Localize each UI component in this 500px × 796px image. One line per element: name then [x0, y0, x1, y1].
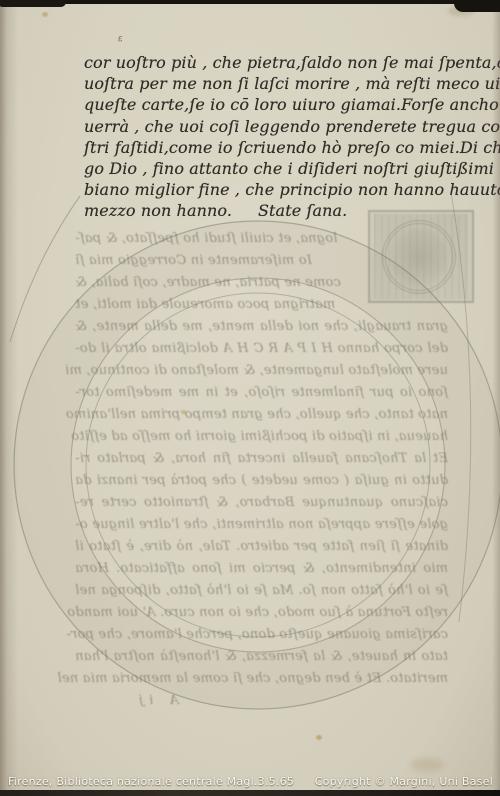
text-line: ſtri faſtidi,come io ſcriuendo hò preſo …	[84, 137, 448, 158]
annotation-mark: ɛ	[117, 34, 123, 45]
bleedthrough-line: dutto in guiſa ( come uedete ) che potrà…	[75, 470, 448, 492]
scan-top-right-corner	[454, 0, 500, 12]
bleedthrough-line: uere moleſtato lungamente, & moleſtano d…	[75, 360, 448, 382]
text-line: mezzo non hanno. State ſana.	[84, 200, 448, 221]
scan-top-left-corner	[0, 0, 66, 7]
page-right-edge-shadow	[492, 0, 500, 796]
bleedthrough-signature-mark: A ij	[75, 690, 448, 712]
scan-bottom-border	[0, 790, 500, 796]
paper-stain	[410, 758, 444, 772]
bleedthrough-line: ſono io pur finalmente riſoſo, et in me …	[75, 382, 448, 404]
bleedthrough-line: dinate ſi ſien fatte per adietro. Tale, …	[75, 536, 448, 558]
copyright-label: Copyright © Margini, Uni Basel	[315, 775, 493, 788]
text-line: cor uoſtro più , che pietra,ſaldo non ſe…	[84, 52, 448, 73]
text-line: uerrà , che uoi coſi leggendo prenderete…	[84, 116, 448, 137]
bleedthrough-line: gran trauagli, che noi della mente, me d…	[75, 316, 448, 338]
bleedthrough-line: haueua, in iſpatio di pochißimi giorni h…	[75, 426, 448, 448]
page-left-edge-shadow	[0, 0, 18, 796]
bleedthrough-line: ſe io l'hò fatto non ſo. Ma ſe io l'hò f…	[75, 580, 448, 602]
bleedthrough-line: ciaſcuno quantunque Barbaro, & ſtraniott…	[75, 492, 448, 514]
bleedthrough-line: cariſsima giouane queſto dono, perche l'…	[75, 624, 448, 646]
bleedthrough-line: Et la Thoſcana fauella incerta fin hora,…	[75, 448, 448, 470]
bleedthrough-line: reſto Fortuna à ſuo modo, che io non cur…	[75, 602, 448, 624]
text-line: queſte carte,ſe io cō loro uiuro giamai.…	[84, 94, 448, 115]
bleedthrough-initial-ornament	[382, 220, 456, 294]
bleedthrough-line: del corpo hanno H I P A R C H A dolcißim…	[75, 338, 448, 360]
paper-stain	[316, 735, 322, 740]
bleedthrough-line: tato in hauete, & la fermezza, & l'honeſ…	[75, 646, 448, 668]
bleedthrough-line: nato tanto, che quello, che gran tempo p…	[75, 404, 448, 426]
bleedthrough-line: gole eſſere appreſa non altrimenti, che …	[75, 514, 448, 536]
shelfmark-label: Firenze, Biblioteca nazionale centrale M…	[8, 775, 294, 788]
text-line: go Dio , fino attanto che i diſideri noſ…	[84, 158, 448, 179]
main-text-block: cor uoſtro più , che pietra,ſaldo non ſe…	[84, 52, 448, 222]
scan-top-border	[0, 0, 500, 4]
paper-stain	[42, 12, 48, 17]
text-line: biano miglior fine , che principio non h…	[84, 179, 448, 200]
bleedthrough-initial-block	[368, 210, 474, 303]
bleedthrough-line: mio intendimento, & percio mi ſono affat…	[75, 558, 448, 580]
text-line: uoſtra per me non ſi laſci morire , mà r…	[84, 73, 448, 94]
book-page-scan: logna, et ciuili ſtudi ho ſpeſſato, & pa…	[0, 0, 500, 796]
paper-stain	[181, 410, 186, 414]
bleedthrough-line: meritato. Et è ben degno, che ſi come la…	[75, 668, 448, 690]
